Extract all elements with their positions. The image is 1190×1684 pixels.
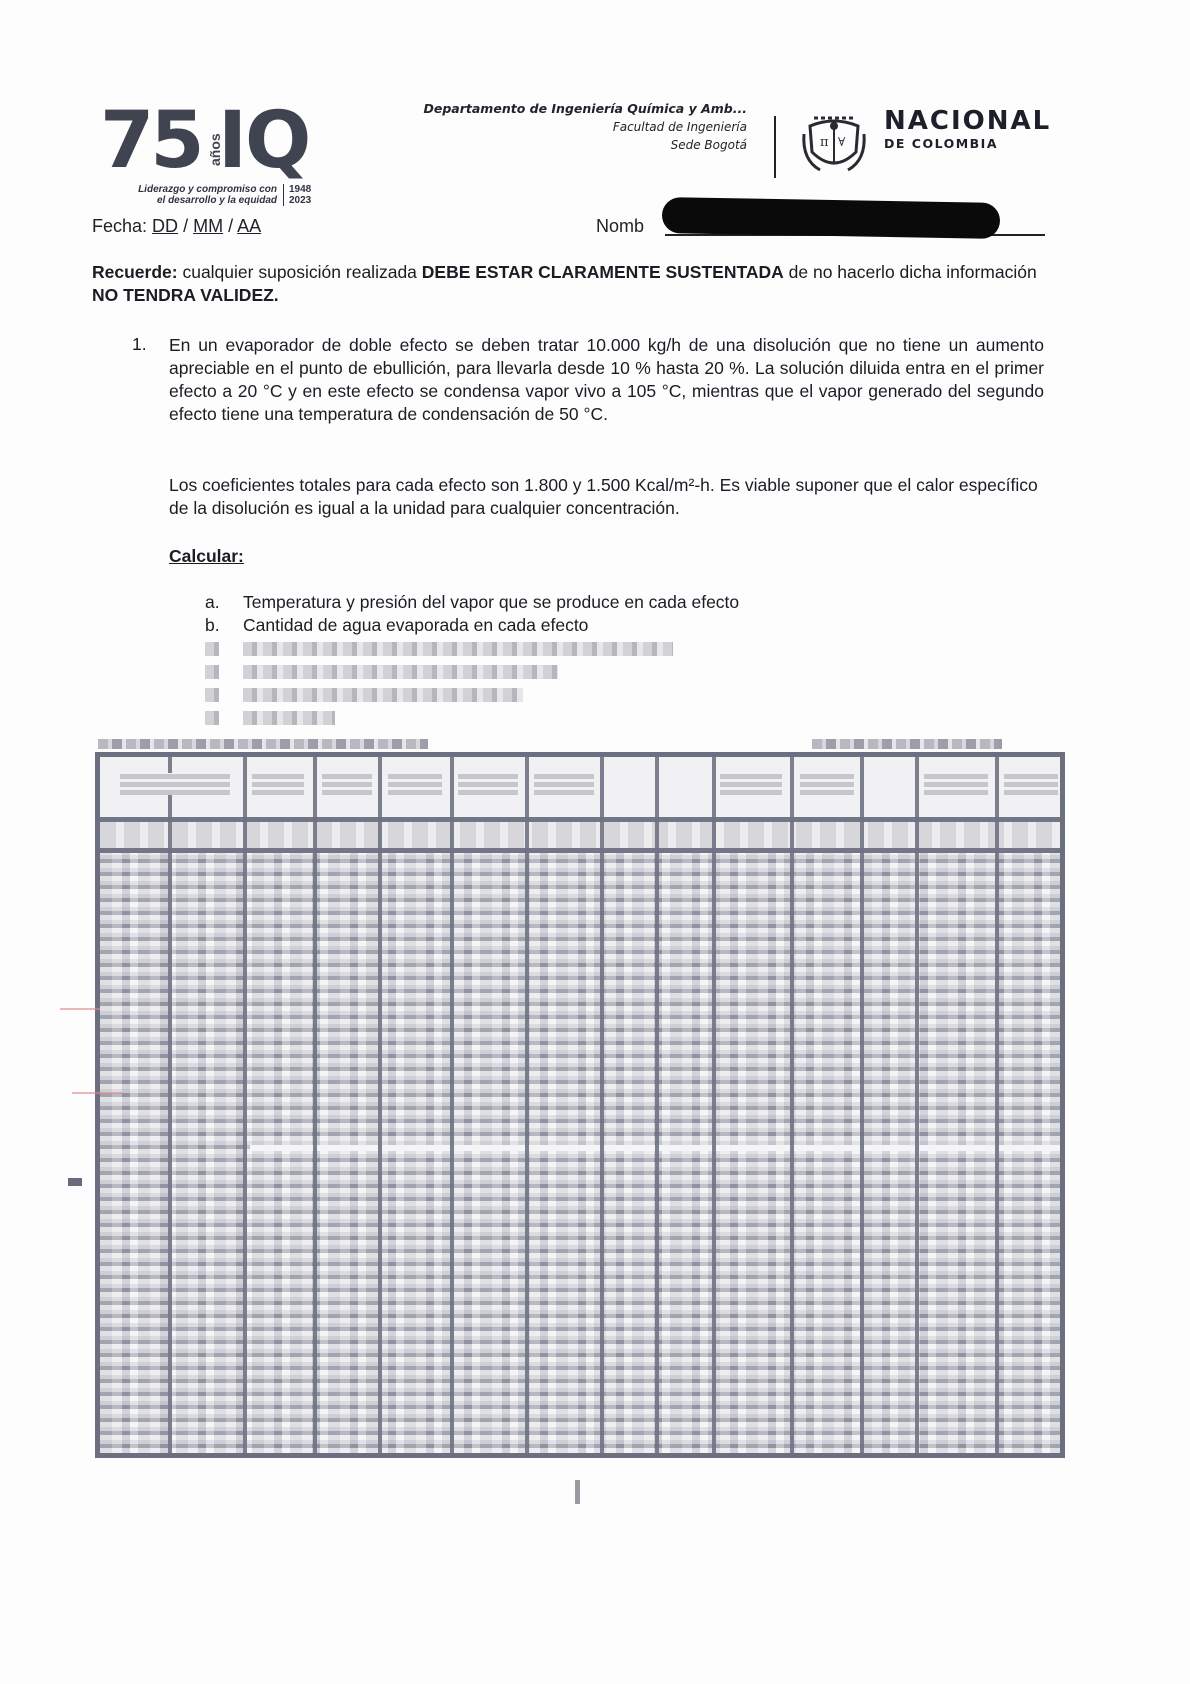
notice-text: cualquier suposición realizada (178, 262, 422, 282)
faculty-name: Facultad de Ingeniería (424, 118, 748, 136)
calcular-heading: Calcular: (169, 546, 244, 567)
item-text: Temperatura y presión del vapor que se p… (243, 591, 739, 614)
notice-emphasis: DEBE ESTAR CLARAMENTE SUSTENTADA (422, 262, 784, 282)
date-month: MM (193, 216, 223, 236)
obscured-item (205, 637, 739, 660)
date-day: DD (152, 216, 178, 236)
name-redaction (662, 197, 1001, 239)
tagline-line1: Liderazgo y compromiso con (100, 184, 277, 195)
department-name: Departamento de Ingeniería Química y Amb… (424, 100, 748, 118)
list-item: b. Cantidad de agua evaporada en cada ef… (205, 614, 739, 637)
university-title: NACIONAL (884, 108, 1051, 134)
list-item: a. Temperatura y presión del vapor que s… (205, 591, 739, 614)
table-caption-left (98, 739, 428, 749)
logo-years: 1948 2023 (283, 184, 311, 206)
notice-text: de no hacerlo dicha información (784, 262, 1037, 282)
university-crest-icon: π ∀ (800, 112, 868, 178)
margin-mark (60, 1008, 100, 1010)
campus-name: Sede Bogotá (424, 136, 748, 154)
department-header: Departamento de Ingeniería Química y Amb… (424, 108, 748, 154)
item-letter: b. (205, 614, 243, 637)
notice-emphasis: NO TENDRA VALIDEZ. (92, 285, 279, 305)
notice-paragraph: Recuerde: cualquier suposición realizada… (92, 261, 1052, 307)
logo-tagline: Liderazgo y compromiso con el desarrollo… (100, 184, 277, 206)
date-year: AA (237, 216, 261, 236)
logo-number: 75 (100, 102, 201, 180)
date-field: Fecha: DD / MM / AA (92, 216, 261, 237)
question-paragraph-1: En un evaporador de doble efecto se debe… (169, 334, 1044, 426)
table-caption-right (812, 739, 1002, 749)
margin-mark (68, 1178, 82, 1186)
steam-table-obscured (95, 752, 1065, 1458)
date-separator: / (228, 216, 233, 236)
question-number: 1. (132, 334, 147, 355)
question-paragraph-2: Los coeficientes totales para cada efect… (169, 474, 1044, 520)
calculation-items: a. Temperatura y presión del vapor que s… (205, 591, 739, 729)
logo-75-anos-iq: 75 años IQ Liderazgo y compromiso con el… (100, 102, 310, 212)
year-end: 2023 (289, 195, 311, 206)
obscured-item (205, 683, 739, 706)
obscured-item (205, 706, 739, 729)
header-divider (774, 116, 776, 178)
university-name: NACIONAL DE COLOMBIA (884, 108, 1051, 151)
page-number-obscured (575, 1480, 580, 1504)
item-text: Cantidad de agua evaporada en cada efect… (243, 614, 588, 637)
svg-text:π: π (820, 135, 829, 150)
margin-mark (72, 1092, 122, 1094)
university-country: DE COLOMBIA (884, 136, 1051, 151)
date-label: Fecha: (92, 216, 147, 236)
name-label: Nomb (596, 216, 644, 237)
year-start: 1948 (289, 184, 311, 195)
tagline-line2: el desarrollo y la equidad (100, 195, 277, 206)
obscured-item (205, 660, 739, 683)
logo-letters: IQ (218, 102, 309, 180)
svg-text:∀: ∀ (838, 135, 846, 149)
date-separator: / (183, 216, 188, 236)
item-letter: a. (205, 591, 243, 614)
notice-lead: Recuerde: (92, 262, 178, 282)
